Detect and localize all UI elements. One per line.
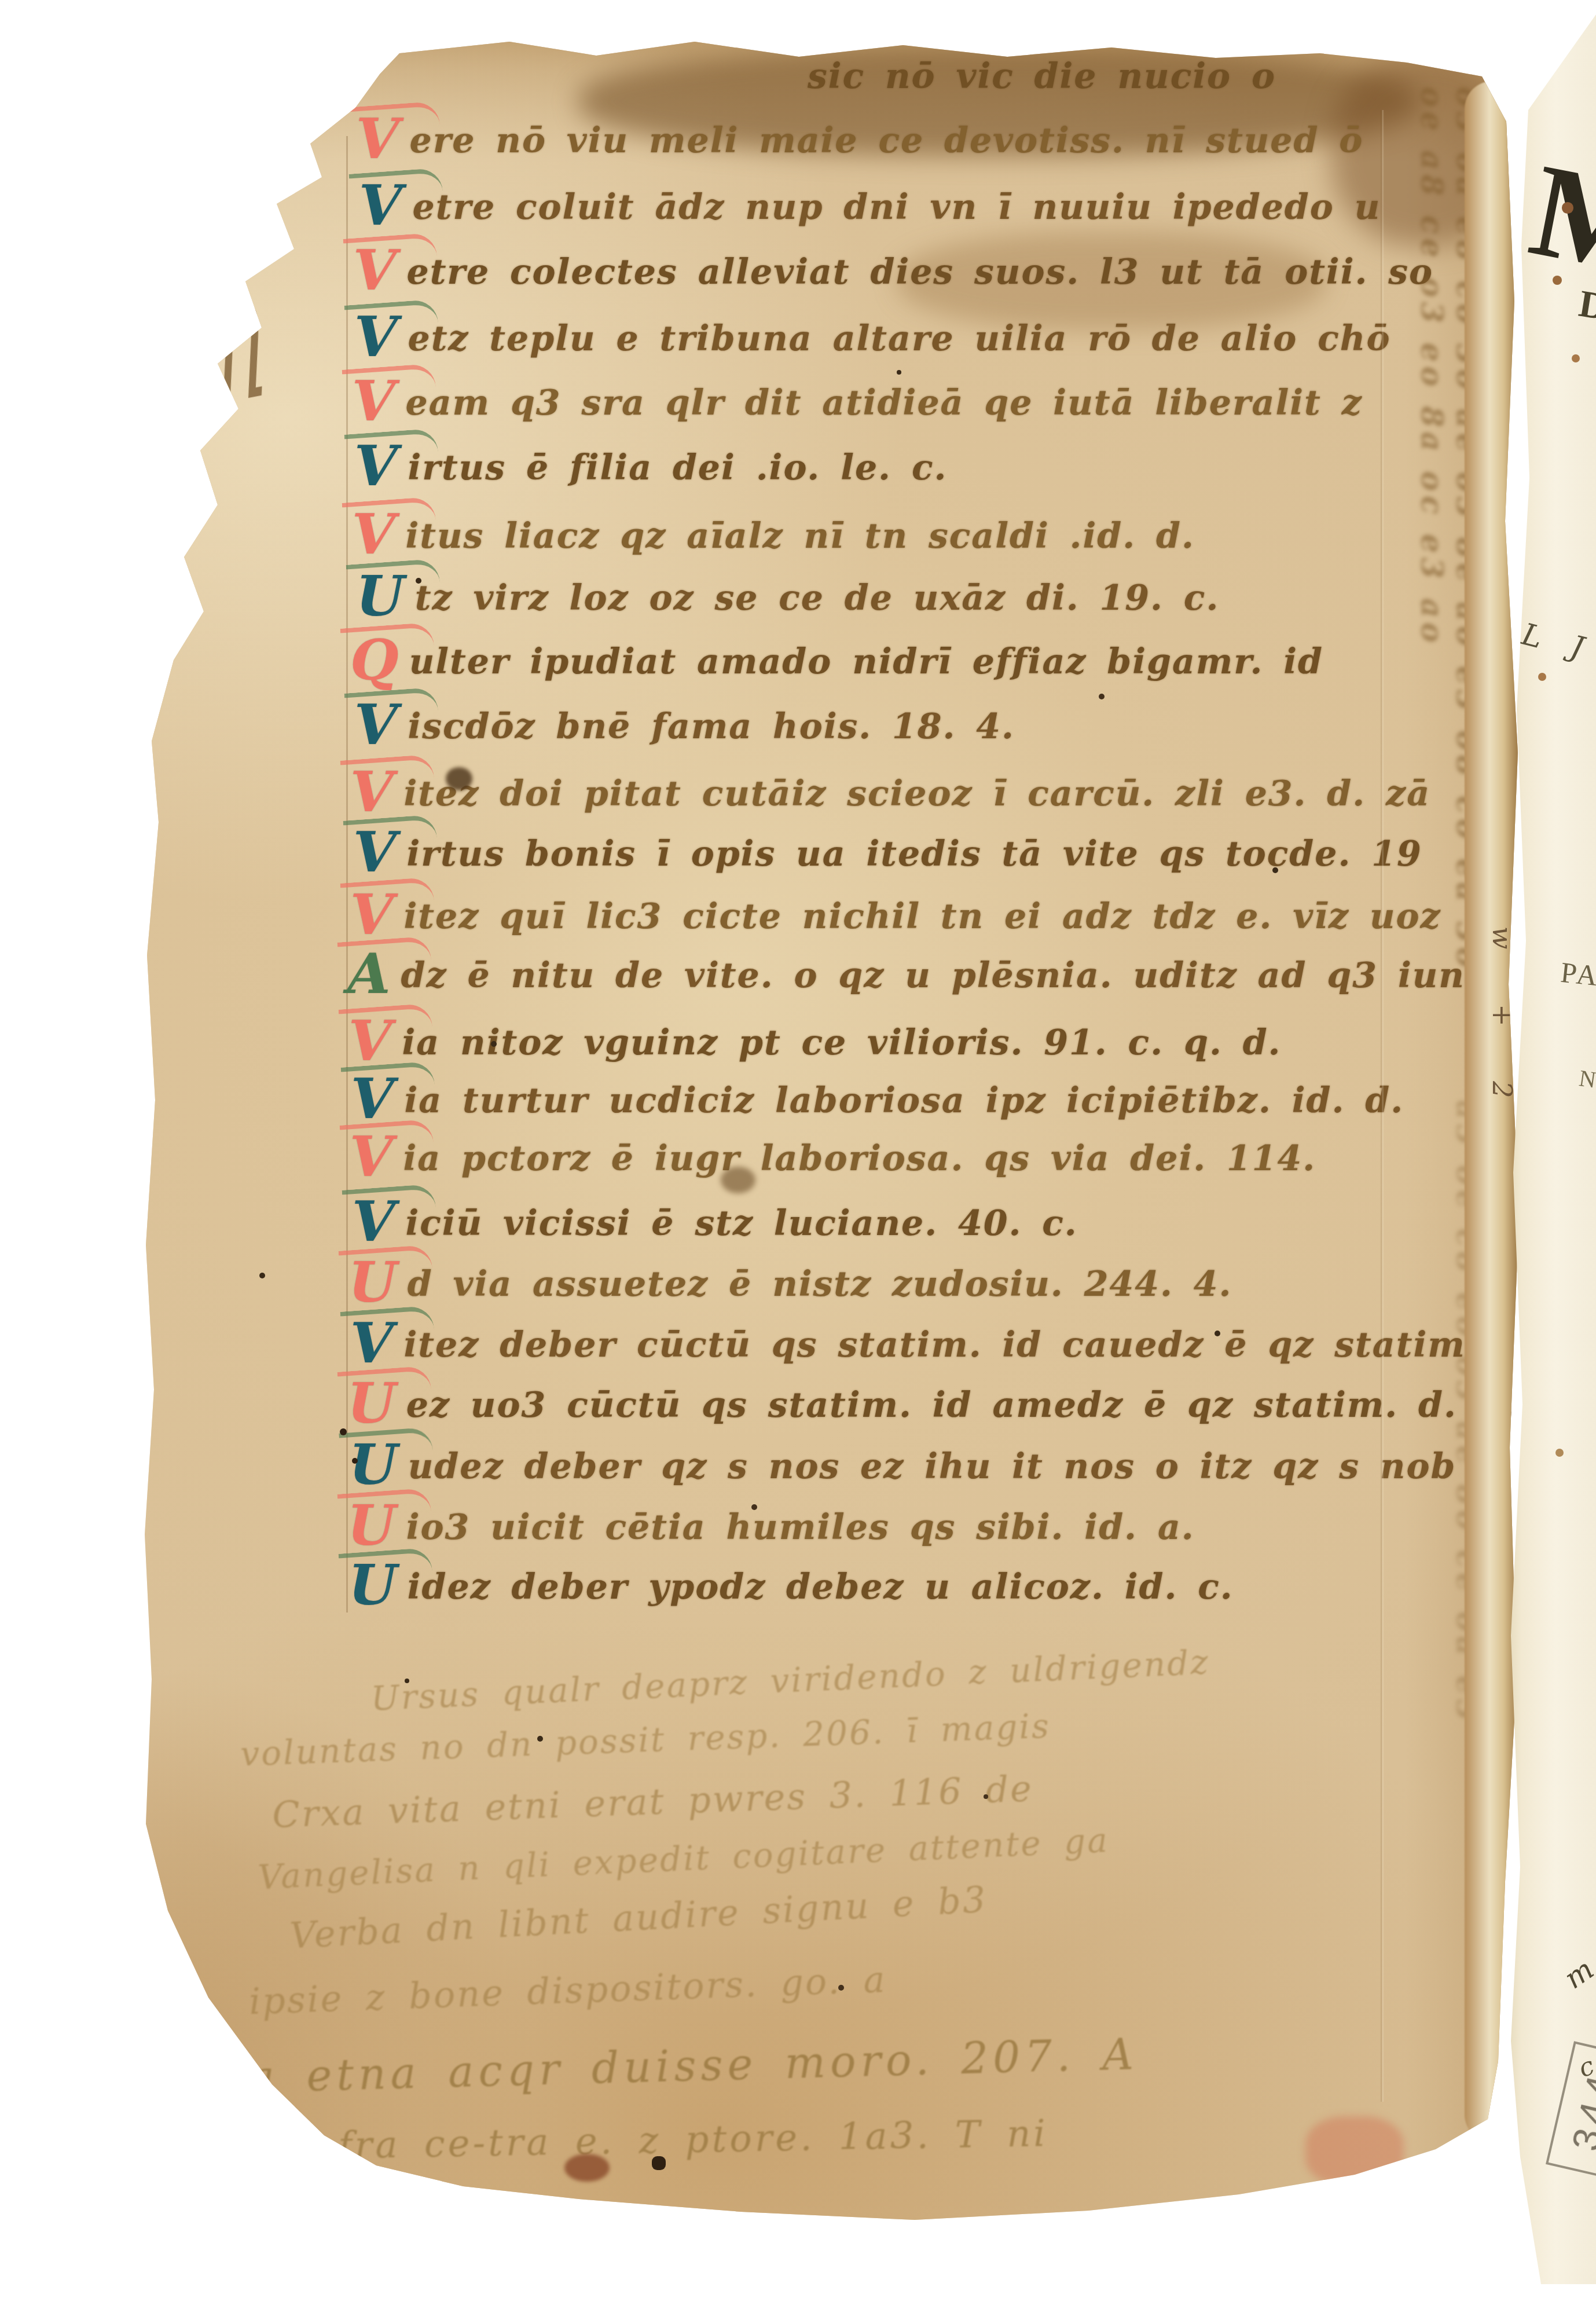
cursive-note: voluntas no dn possit resp. 206. ī magis (240, 1709, 1051, 1772)
line-text: ia turtur ucdiciz laboriosa ipz icipiēti… (404, 1080, 1404, 1121)
initial-flourish (340, 1061, 435, 1097)
line-text: idez deber ypodz debez u alicoz. id. c. (408, 1567, 1234, 1607)
initial-flourish (342, 363, 436, 400)
initial-flourish (338, 1547, 432, 1584)
initial-flourish (346, 101, 440, 137)
line-text: tz virz loz oz se ce de uxāz di. 19. c. (415, 578, 1220, 618)
printed-fragment-lj: L J (1518, 617, 1596, 669)
red-smudge (104, 1992, 139, 2055)
line-text: itez deber cūctū qs statim. id cauedz ē … (403, 1325, 1465, 1365)
line-text: etz teplu e tribuna altare uilia rō de a… (408, 318, 1390, 359)
manuscript-leaf: h sic nō vic die nucio o Vere nō viu mel… (0, 0, 1596, 2316)
ink-blot (564, 2154, 610, 2182)
line-text: d via assuetez ē nistz zudosiu. 244. 4. (408, 1264, 1232, 1304)
text-line: Virtus bonis ī opis ua itedis tā vite qs… (353, 835, 1422, 873)
text-line: Uidez deber ypodz debez u alicoz. id. c. (348, 1568, 1234, 1606)
line-text: itez doi pitat cutāiz scieoz ī carcū. zl… (403, 774, 1430, 814)
text-line: Vetre coluit ādz nup dni vn ī nuuiu iped… (359, 188, 1381, 226)
initial-flourish (344, 299, 438, 335)
initial-flourish (342, 1183, 436, 1220)
text-line: Uez uo3 cūctū qs statim. id amedz ē qz s… (347, 1386, 1516, 1424)
line-text: irtus bonis ī opis ua itedis tā vite qs … (406, 834, 1422, 874)
initial-flourish (340, 622, 434, 658)
text-line: Viciū vicissi ē stz luciane. 40. c. (352, 1204, 1078, 1242)
line-text: io3 uicit cētia humiles qs sibi. id. a. (406, 1507, 1195, 1548)
line-text: dz ē nitu de vite. o qz u plēsnia. uditz… (401, 955, 1488, 996)
line-text: iscdōz bnē fama hois. 18. 4. (408, 706, 1015, 747)
initial-flourish (337, 1365, 431, 1402)
initial-flourish (344, 428, 438, 464)
cursive-note: hys d fra ce-tra e. z ptore. 1a3. T ni (191, 2116, 1049, 2166)
handwritten-mark: m (1558, 1952, 1596, 1996)
edge-pen-marks: w + 2 (1487, 926, 1518, 1121)
ink-blot (446, 767, 472, 790)
printed-fragment-par: PAR (1559, 955, 1596, 995)
line-text: iciū vicissi ē stz luciane. 40. c. (405, 1203, 1077, 1244)
cursive-note: Ursus qualr deaprz viridendo z uldrigend… (370, 1644, 1210, 1716)
red-smudge (1305, 2116, 1404, 2186)
cursive-note: ipsie z bone dispositors. go. a (248, 1962, 887, 2019)
pen-trial-mark: h (213, 233, 271, 445)
initial-flourish (337, 936, 431, 972)
cursive-note: Crxa vita etni erat pwres 3. 116 de (271, 1771, 1033, 1833)
text-line: Via pctorz ē iugr laboriosa. qs via dei.… (350, 1139, 1316, 1177)
text-line: Vetz teplu e tribuna altare uilia rō de … (354, 320, 1390, 357)
line-text: ez uo3 cūctū qs statim. id amedz ē qz st… (406, 1385, 1516, 1425)
initial-flourish (346, 558, 440, 595)
text-line: Qulter ipudiat amado nidrī effiaz bigamr… (350, 643, 1323, 680)
initial-flourish (339, 1119, 434, 1155)
initial-flourish (337, 1487, 431, 1524)
line-text: ere nō viu meli maie ce devotiss. nī stu… (409, 120, 1363, 161)
line-text: etre colectes alleviat dies suos. l3 ut … (406, 252, 1433, 292)
text-line: Vitez doi pitat cutāiz scieoz ī carcū. z… (350, 775, 1430, 812)
printed-page-edge: M D L J PAR N m c 344 (1505, 14, 1596, 2302)
line-text: sic nō vic die nucio o (808, 56, 1276, 97)
pencil-shelfmark-box: 344 (1546, 2041, 1596, 2179)
text-line: Vitez deber cūctū qs statim. id cauedz ē… (350, 1326, 1466, 1364)
initial-flourish (340, 1305, 434, 1342)
text-line: Via nitoz vguinz pt ce vilioris. 91. c. … (348, 1024, 1282, 1061)
initial-flourish (340, 877, 434, 913)
initial-flourish (344, 687, 438, 723)
line-text: ulter ipudiat amado nidrī effiaz bigamr.… (409, 642, 1323, 682)
initial-flourish (342, 496, 436, 533)
initial-flourish (339, 1427, 433, 1463)
line-text: itus liacz qz aīalz nī tn scaldi .id. d. (405, 516, 1194, 556)
text-line: sic nō vic die nucio o (808, 58, 1276, 95)
vertical-crease (1380, 110, 1384, 2102)
cursive-note: Vita etna acqr duisse moro. 207. A (174, 2037, 1139, 2097)
cursive-note: Verba dn libnt audire signu e b3 (289, 1882, 988, 1953)
text-line: Viscdōz bnē fama hois. 18. 4. (354, 708, 1015, 745)
initial-flourish (338, 1003, 432, 1039)
printed-fragment-n: N (1577, 1064, 1596, 1094)
initial-flourish (343, 232, 437, 269)
printed-initial-M: M (1523, 151, 1596, 289)
initial-flourish (340, 754, 434, 790)
line-text: etre coluit ādz nup dni vn ī nuuiu ipede… (412, 187, 1381, 228)
text-line: Virtus ē filia dei .io. le. c. (354, 449, 947, 486)
fly-specks (0, 0, 3, 3)
text-line: Ud via assuetez ē nistz zudosiu. 244. 4. (348, 1265, 1232, 1303)
ink-blot (721, 1167, 755, 1193)
text-line: Veam q3 sra qlr dit atidieā qe iutā libe… (352, 384, 1363, 422)
text-line: Vetre colectes alleviat dies suos. l3 ut… (353, 253, 1433, 291)
text-line: Uio3 uicit cētia humiles qs sibi. id. a. (347, 1508, 1195, 1546)
text-line: Vitez quī lic3 cicte nichil tn ei adz td… (350, 897, 1441, 935)
text-line: Vitus liacz qz aīalz nī tn scaldi .id. d… (352, 517, 1195, 555)
initial-flourish (348, 167, 443, 204)
text-line: Utz virz loz oz se ce de uxāz di. 19. c. (356, 579, 1219, 617)
foxing-spots (1505, 14, 1510, 19)
line-text: eam q3 sra qlr dit atidieā qe iutā liber… (405, 383, 1362, 423)
shelfmark-number: 344 (1563, 2066, 1596, 2155)
text-line: Via turtur ucdiciz laboriosa ipz icipiēt… (351, 1082, 1404, 1119)
line-text: irtus ē filia dei .io. le. c. (408, 448, 947, 488)
photo-of-manuscript: h sic nō vic die nucio o Vere nō viu mel… (0, 0, 1596, 2316)
initial-flourish (343, 814, 437, 851)
text-line: Adz ē nitu de vite. o qz u plēsnia. udit… (347, 957, 1489, 994)
initial-flourish (338, 1244, 432, 1281)
line-text: ia nitoz vguinz pt ce vilioris. 91. c. q… (402, 1023, 1281, 1063)
line-text: ia pctorz ē iugr laboriosa. qs via dei. … (403, 1138, 1316, 1179)
line-text: itez quī lic3 cicte nichil tn ei adz tdz… (403, 896, 1441, 937)
text-line: Vere nō viu meli maie ce devotiss. nī st… (356, 122, 1363, 159)
